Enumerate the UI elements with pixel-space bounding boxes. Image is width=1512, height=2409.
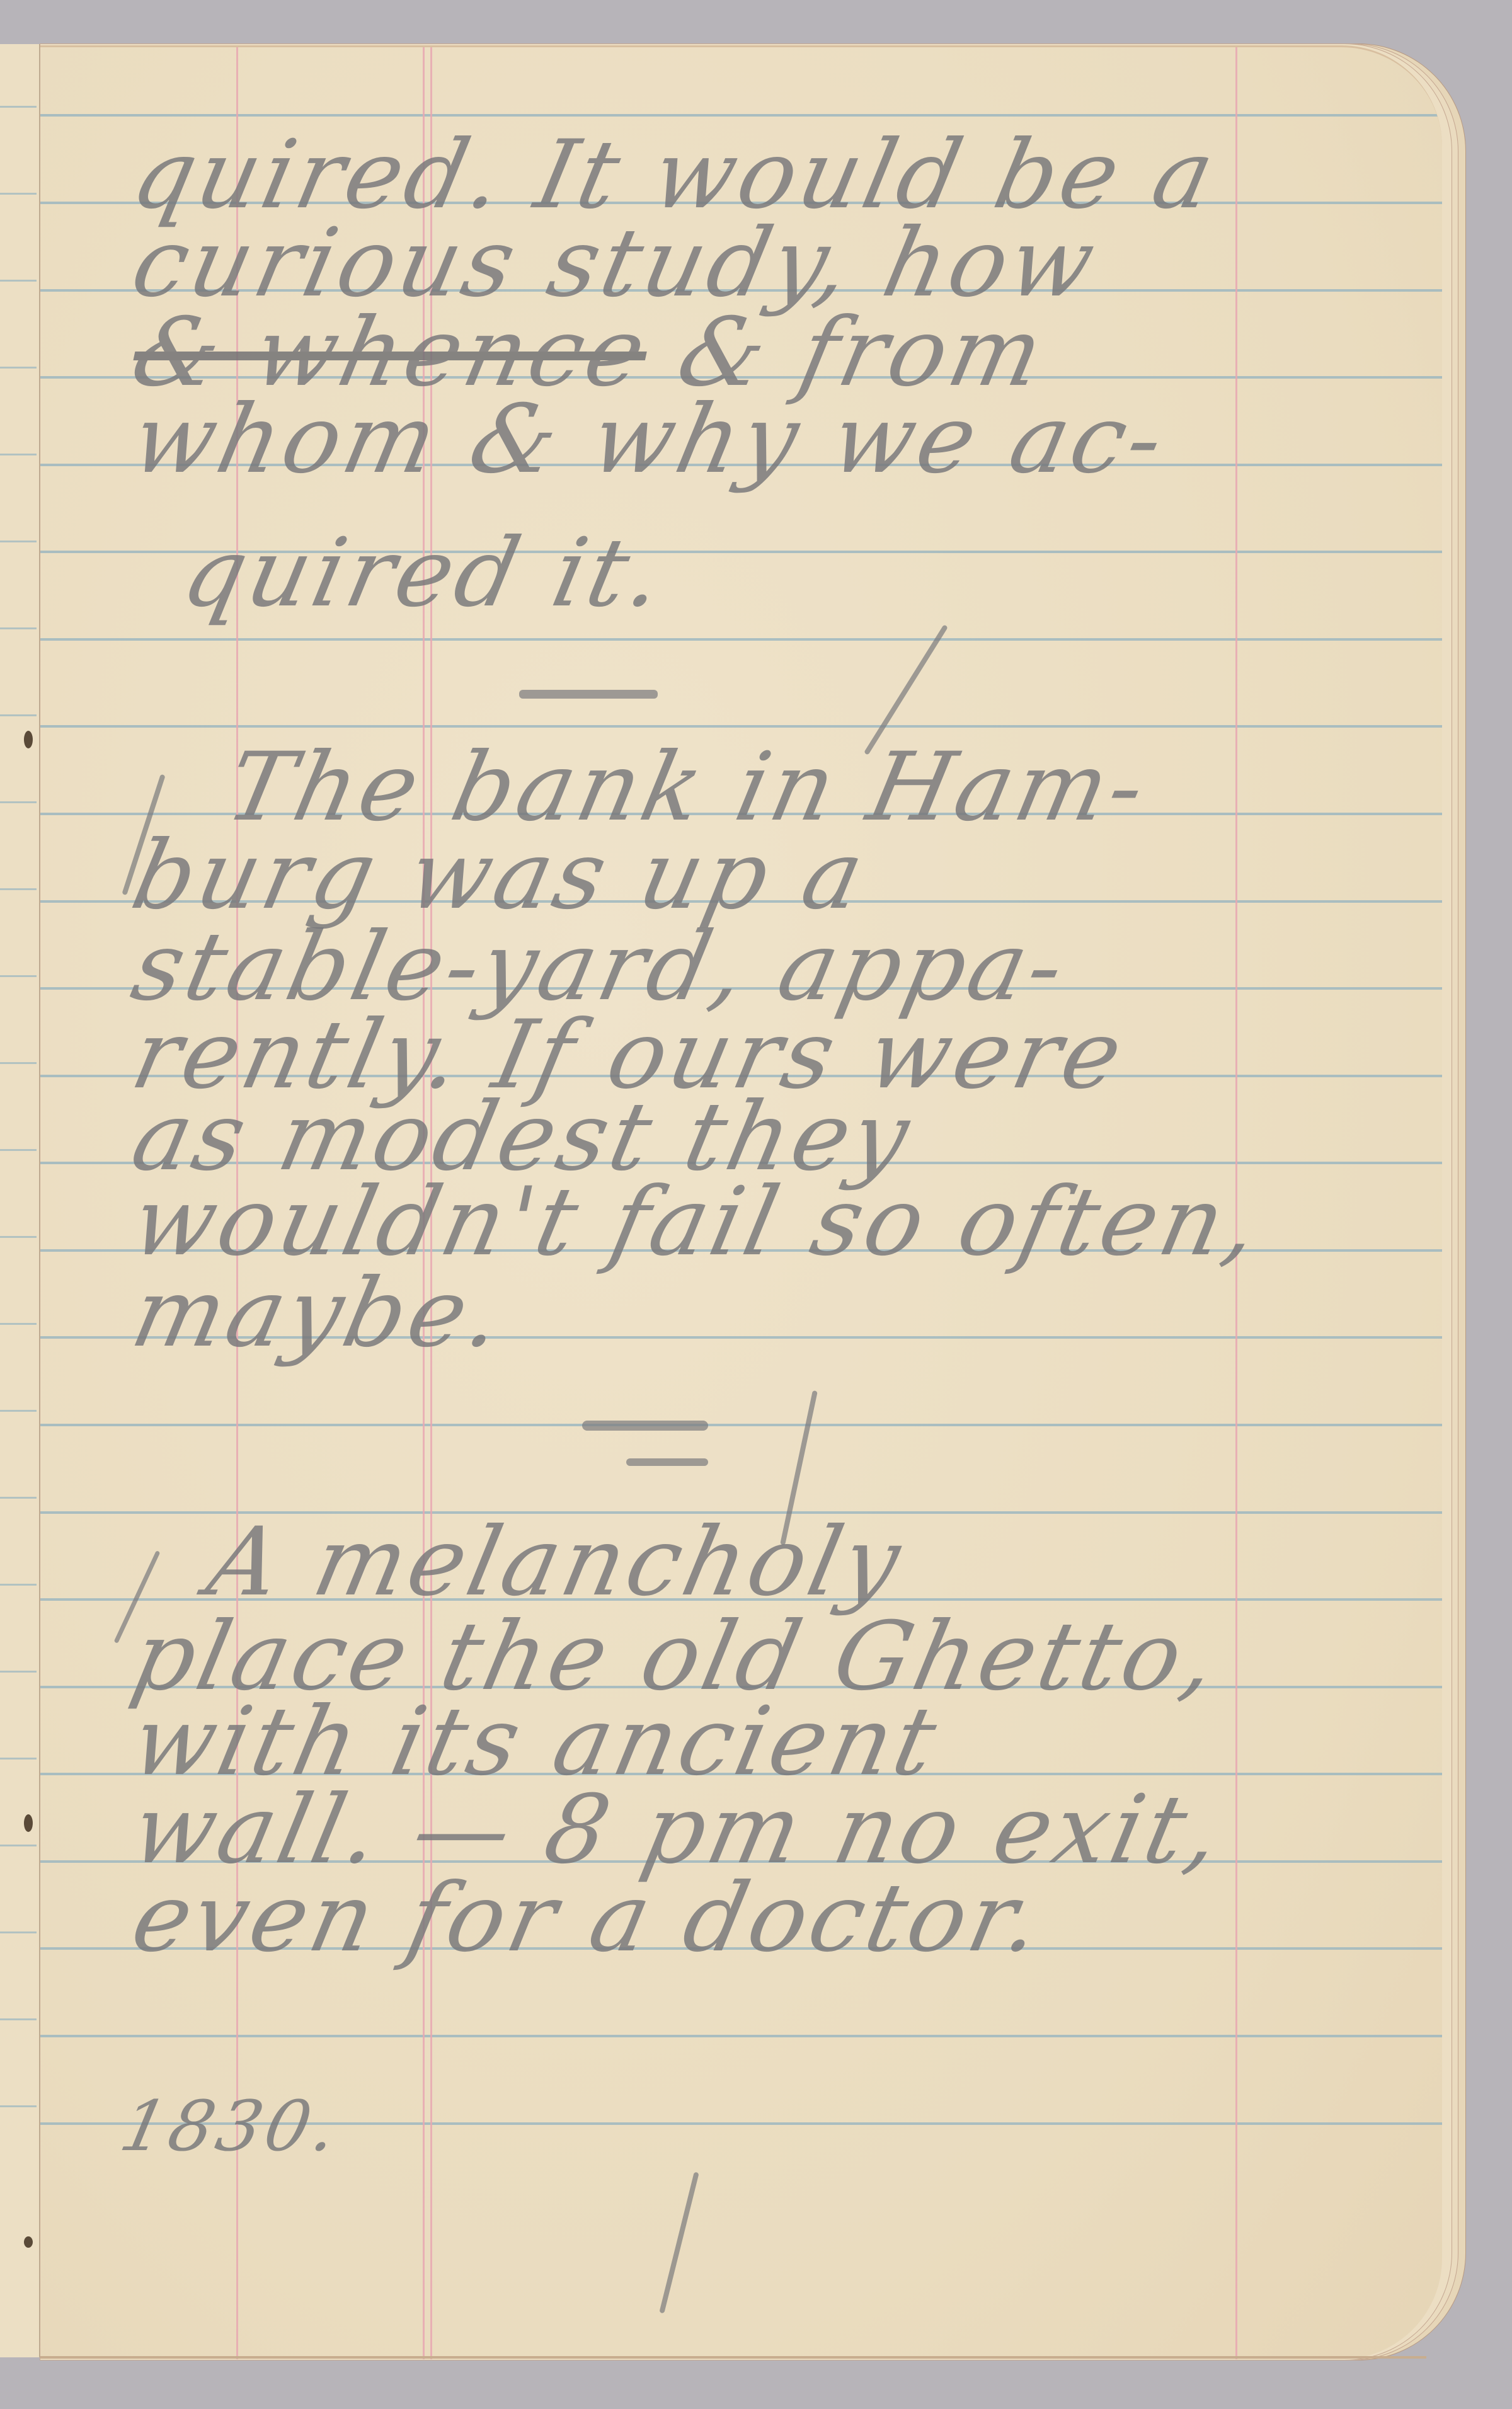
rule-line <box>40 638 1442 641</box>
binding-hole <box>24 2236 33 2248</box>
rule-line <box>0 1758 37 1760</box>
rule-line <box>0 1931 37 1933</box>
handwritten-line: quired it. <box>175 526 675 621</box>
rule-line <box>0 2018 37 2020</box>
handwritten-line: whom & why we ac- <box>125 392 1175 487</box>
rule-line <box>0 541 37 542</box>
rule-line <box>0 1845 37 1846</box>
facing-page-strip <box>0 44 40 2357</box>
separator-double-top <box>582 1421 708 1431</box>
rule-line <box>0 1236 37 1238</box>
rule-line <box>0 2105 37 2107</box>
handwritten-line: even for a doctor. <box>125 1871 1053 1966</box>
rule-line <box>40 114 1442 117</box>
handwritten-line: curious study, how <box>125 216 1106 311</box>
rule-line <box>0 1323 37 1325</box>
rule-line <box>0 1062 37 1064</box>
handwritten-line: burg was up a <box>125 828 874 923</box>
rule-line <box>40 725 1442 728</box>
rule-line <box>0 1149 37 1151</box>
binding-hole <box>24 731 33 748</box>
rule-line <box>0 1497 37 1499</box>
rule-line <box>40 1424 1442 1426</box>
rule-line <box>0 280 37 282</box>
handwritten-line: A melancholy <box>200 1515 912 1610</box>
handwritten-line: maybe. <box>125 1266 513 1361</box>
rule-line <box>0 454 37 455</box>
rule-line <box>0 193 37 195</box>
rule-line <box>0 1410 37 1412</box>
rule-line <box>0 1671 37 1673</box>
handwritten-line: wouldn't fail so often, <box>125 1175 1270 1269</box>
separator-double-bottom <box>626 1458 708 1466</box>
rule-line <box>40 2035 1442 2037</box>
rule-line <box>0 106 37 108</box>
rule-line <box>0 367 37 369</box>
rule-line <box>0 888 37 890</box>
binding-hole <box>24 1814 33 1832</box>
rule-line <box>0 801 37 803</box>
rule-line <box>0 714 37 716</box>
separator-dash <box>519 690 658 699</box>
date-note: 1830. <box>115 2091 346 2161</box>
page-bottom-edge <box>40 2356 1426 2359</box>
rule-line <box>0 1584 37 1586</box>
rule-line <box>0 975 37 977</box>
rule-line <box>0 627 37 629</box>
tick-mark <box>659 2172 699 2313</box>
notebook-page: quired. It would be a curious study, how… <box>40 45 1442 2359</box>
